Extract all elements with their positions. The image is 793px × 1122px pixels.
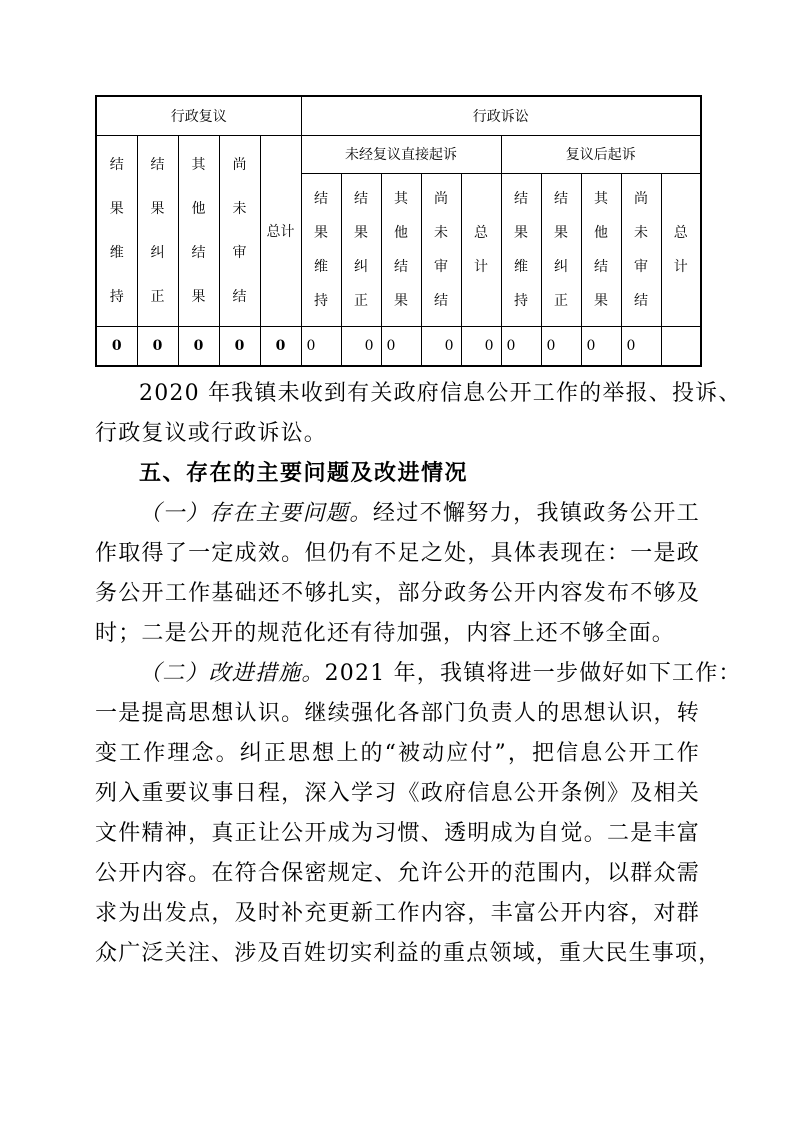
column-header-pending: 尚未审结: [421, 173, 461, 326]
column-header-label: 尚未审结: [433, 182, 449, 318]
column-header-label: 结果纠正: [353, 182, 369, 318]
column-header-label: 结果纠正: [553, 182, 569, 318]
data-cell: 0: [301, 326, 341, 366]
column-header-label: 结果维持: [313, 182, 329, 318]
paragraph-line: 公开内容。在符合保密规定、允许公开的范围内，以群众需: [95, 854, 700, 894]
column-header-result-corrected: 结果纠正: [341, 173, 381, 326]
subgroup-header-lawsuit-after-reconsideration: 复议后起诉: [501, 135, 701, 173]
paragraph-text: 2021 年，我镇将进一步做好如下工作：: [325, 661, 742, 686]
column-header-label: 尚未审结: [232, 143, 248, 319]
data-cell-empty: [661, 326, 701, 366]
data-cell: 0: [381, 326, 421, 366]
column-header-result-upheld: 结果维持: [301, 173, 341, 326]
column-header-result-corrected: 结果纠正: [541, 173, 581, 326]
paragraph-line: 行政复议或行政诉讼。: [95, 414, 700, 454]
column-header-label: 尚未审结: [633, 182, 649, 318]
column-header-result-upheld: 结果维持: [501, 173, 541, 326]
data-cell: 0: [421, 326, 461, 366]
data-cell: 0: [260, 326, 301, 366]
paragraph-lead: （一）存在主要问题。: [139, 501, 373, 526]
paragraph-text: 经过不懈努力，我镇政务公开工: [373, 501, 700, 526]
paragraph-line: （二）改进措施。2021 年，我镇将进一步做好如下工作：: [95, 654, 700, 694]
paragraph-line: 作取得了一定成效。但仍有不足之处，具体表现在：一是政: [95, 534, 700, 574]
column-header-label: 结果维持: [513, 182, 529, 318]
data-cell: 0: [137, 326, 178, 366]
paragraph-line: 变工作理念。纠正思想上的“被动应付”，把信息公开工作: [95, 734, 700, 774]
column-header-pending: 尚未审结: [621, 173, 661, 326]
column-header-total: 总计: [260, 135, 301, 326]
group-header-administrative-litigation: 行政诉讼: [301, 96, 701, 135]
data-cell: 0: [461, 326, 501, 366]
paragraph-line: 列入重要议事日程，深入学习《政府信息公开条例》及相关: [95, 774, 700, 814]
data-cell: 0: [581, 326, 621, 366]
column-header-result-upheld: 结果维持: [96, 135, 137, 326]
column-header-other-result: 其他结果: [581, 173, 621, 326]
data-cell: 0: [341, 326, 381, 366]
data-cell: 0: [219, 326, 260, 366]
paragraph-line: 求为出发点，及时补充更新工作内容，丰富公开内容，对群: [95, 894, 700, 934]
paragraph-line: 2020 年我镇未收到有关政府信息公开工作的举报、投诉、: [95, 374, 700, 414]
paragraph-line: 时；二是公开的规范化还有待加强，内容上还不够全面。: [95, 614, 700, 654]
data-cell: 0: [541, 326, 581, 366]
column-header-label: 其他结果: [593, 182, 609, 318]
data-cell: 0: [501, 326, 541, 366]
section-heading: 五、存在的主要问题及改进情况: [95, 454, 700, 494]
paragraph-line: 众广泛关注、涉及百姓切实利益的重点领域，重大民生事项，: [95, 934, 700, 974]
column-header-total: 总计: [661, 173, 701, 326]
paragraph-line: 一是提高思想认识。继续强化各部门负责人的思想认识，转: [95, 694, 700, 734]
column-header-label: 结果纠正: [150, 143, 166, 319]
document-page: 行政复议 行政诉讼 结果维持 结果纠正 其他结果 尚未审结 总计 未经复议直接起…: [0, 0, 793, 1122]
data-cell: 0: [621, 326, 661, 366]
column-header-other-result: 其他结果: [178, 135, 219, 326]
column-header-label: 其他结果: [393, 182, 409, 318]
column-header-result-corrected: 结果纠正: [137, 135, 178, 326]
column-header-total: 总计: [461, 173, 501, 326]
paragraph-line: 文件精神，真正让公开成为习惯、透明成为自觉。二是丰富: [95, 814, 700, 854]
data-cell: 0: [96, 326, 137, 366]
paragraph-line: （一）存在主要问题。经过不懈努力，我镇政务公开工: [95, 494, 700, 534]
subgroup-header-direct-lawsuit: 未经复议直接起诉: [301, 135, 501, 173]
paragraph-line: 务公开工作基础还不够扎实，部分政务公开内容发布不够及: [95, 574, 700, 614]
column-header-label: 总计: [473, 216, 489, 284]
statistics-table: 行政复议 行政诉讼 结果维持 结果纠正 其他结果 尚未审结 总计 未经复议直接起…: [95, 95, 702, 367]
column-header-label: 总计: [673, 216, 689, 284]
data-cell: 0: [178, 326, 219, 366]
paragraph-lead: （二）改进措施。: [139, 661, 325, 686]
column-header-other-result: 其他结果: [381, 173, 421, 326]
column-header-label: 其他结果: [191, 143, 207, 319]
body-text: 2020 年我镇未收到有关政府信息公开工作的举报、投诉、 行政复议或行政诉讼。 …: [95, 374, 700, 974]
column-header-label: 结果维持: [109, 143, 125, 319]
column-header-pending: 尚未审结: [219, 135, 260, 326]
group-header-administrative-reconsideration: 行政复议: [96, 96, 301, 135]
